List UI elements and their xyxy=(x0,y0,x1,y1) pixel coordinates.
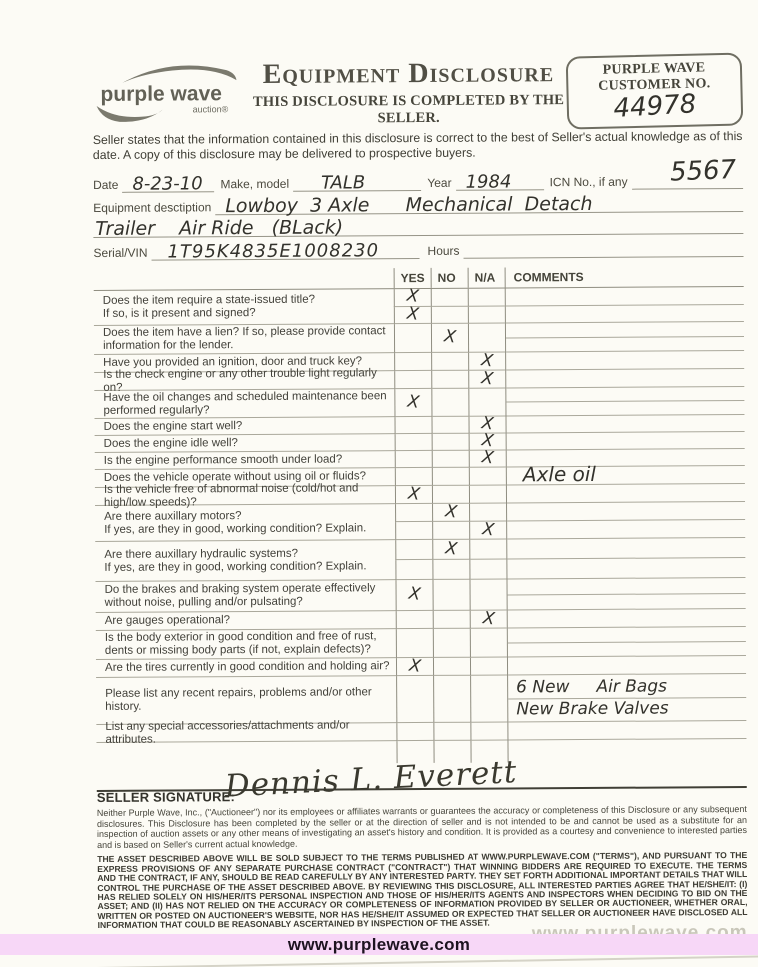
customer-number-box: PURPLE WAVE CUSTOMER NO. 44978 xyxy=(566,52,744,129)
check-columns: X xyxy=(394,370,505,389)
col-header-no: NO xyxy=(431,268,468,288)
date-label: Date xyxy=(93,178,122,193)
question-cell: Have the oil changes and scheduled maint… xyxy=(94,389,394,419)
checkbox-cell-na xyxy=(468,306,505,324)
check-mark: X xyxy=(408,655,422,676)
checkbox-cell-na: X xyxy=(468,370,505,388)
checkbox-cell-no xyxy=(432,451,469,468)
checkbox-cell-yes xyxy=(395,540,432,560)
comment-rule-line xyxy=(507,432,745,450)
checkbox-cell-no xyxy=(433,658,470,676)
question-text: If so, is it present and signed? xyxy=(103,306,388,321)
question-text: dents or missing body parts (if not, exp… xyxy=(105,643,390,658)
check-columns: XX xyxy=(395,503,506,540)
question-cell: Are gauges operational? xyxy=(96,611,396,631)
check-columns: X xyxy=(395,539,506,580)
check-mark: X xyxy=(480,368,494,389)
scanned-document: purple wave auction® Equipment Disclosur… xyxy=(0,0,758,967)
seller-statement: Seller states that the information conta… xyxy=(93,129,743,162)
question-text: Does the engine idle well? xyxy=(104,436,389,451)
checkbox-cell-no xyxy=(432,560,469,580)
checkbox-cell-no: X xyxy=(431,324,468,353)
question-cell: Are the tires currently in good conditio… xyxy=(96,658,396,678)
checkbox-cell-yes xyxy=(396,723,433,741)
footer-url-band: www.purplewave.com xyxy=(0,934,758,955)
comments-cell xyxy=(505,351,744,370)
checkbox-cell-yes xyxy=(395,434,432,451)
checkbox-cell-no xyxy=(432,580,469,611)
comments-cell xyxy=(506,484,745,503)
checkbox-cell-yes xyxy=(394,353,431,371)
serial-label: Serial/VIN xyxy=(93,246,151,261)
checkbox-cell-yes: X xyxy=(395,580,432,611)
check-subrow xyxy=(396,628,507,658)
checkbox-cell-no xyxy=(433,676,470,723)
question-cell: Do the brakes and braking system operate… xyxy=(95,580,395,613)
question-cell: Is the body exterior in good condition a… xyxy=(96,629,396,660)
logo-tagline: auction® xyxy=(193,104,229,114)
year-field: 1984 xyxy=(455,166,543,191)
comment-rule-line xyxy=(508,656,746,675)
footer-url-text: www.purplewave.com xyxy=(288,935,470,955)
check-columns: XX xyxy=(394,288,505,324)
question-text: history. xyxy=(105,699,390,714)
comment-rule-line xyxy=(507,502,745,521)
check-mark: X xyxy=(406,303,420,324)
checkbox-cell-no xyxy=(431,353,468,371)
comments-cell xyxy=(506,432,745,450)
comments-cell xyxy=(505,387,744,416)
question-cell: Does the engine idle well? xyxy=(95,434,395,453)
table-row: Are there auxillary hydraulic systems?If… xyxy=(95,538,745,582)
disclosure-table-body: Does the item require a state-issued tit… xyxy=(94,287,747,765)
checkbox-cell-no xyxy=(431,417,468,434)
checkbox-cell-yes xyxy=(396,676,433,723)
checkbox-cell-no: X xyxy=(432,504,469,522)
check-subrow: X xyxy=(394,388,505,417)
check-subrow: X xyxy=(394,370,505,389)
question-text: information for the lender. xyxy=(103,338,388,353)
question-cell: Please list any recent repairs, problems… xyxy=(96,676,396,725)
comments-cell xyxy=(507,739,746,762)
checkbox-cell-yes xyxy=(395,504,432,522)
col-header-na: N/A xyxy=(468,267,505,287)
check-subrow: X xyxy=(395,450,506,468)
check-mark: X xyxy=(443,326,457,347)
comment-rule-line xyxy=(506,305,744,324)
hours-field xyxy=(463,233,743,259)
comments-cell xyxy=(505,287,744,323)
comment-rule-line xyxy=(508,627,746,643)
question-cell: Is the engine performance smooth under l… xyxy=(95,451,395,470)
date-value: 8-23-10 xyxy=(132,173,202,194)
logo-wordmark: purple wave xyxy=(100,82,222,106)
question-text: Are the tires currently in good conditio… xyxy=(105,660,390,675)
check-subrow xyxy=(396,722,507,741)
checkbox-cell-yes xyxy=(394,324,431,353)
date-field: 8-23-10 xyxy=(122,168,214,193)
checkbox-cell-no xyxy=(433,723,470,741)
table-row: Please list any recent repairs, problems… xyxy=(96,674,746,725)
comments-cell xyxy=(507,609,746,628)
checkbox-cell-na xyxy=(469,559,506,579)
checkbox-cell-na: X xyxy=(469,450,506,467)
checkbox-cell-yes xyxy=(395,560,432,580)
check-columns: X xyxy=(396,657,507,676)
checkbox-cell-na xyxy=(470,675,507,722)
question-text: Are gauges operational? xyxy=(105,613,390,628)
seller-signature-label: SELLER SIGNATURE: xyxy=(97,789,235,805)
comment-handwriting: Axle oil xyxy=(523,462,596,486)
terms-paragraph: THE ASSET DESCRIBED ABOVE WILL BE SOLD S… xyxy=(97,851,747,930)
icn-value: 5567 xyxy=(669,155,736,188)
table-row: Have the oil changes and scheduled maint… xyxy=(94,387,744,419)
comments-cell xyxy=(505,369,744,388)
checkbox-cell-no xyxy=(431,371,468,389)
field-row-4: Serial/VIN 1T95K4835E1008230 Hours xyxy=(93,234,743,261)
comment-rule-line xyxy=(507,484,745,503)
comments-cell xyxy=(506,578,745,610)
check-subrow: X xyxy=(394,323,505,353)
checkbox-cell-na xyxy=(468,288,505,306)
logo-swoosh-icon: purple wave auction® xyxy=(92,59,250,124)
comment-rule-line xyxy=(506,387,744,402)
checkbox-cell-na xyxy=(470,657,507,675)
question-text: performed regularly? xyxy=(103,403,388,418)
checkbox-cell-na xyxy=(470,722,507,740)
question-text: without noise, pulling and/or pulsating? xyxy=(105,595,390,610)
comments-cell: 6 New Air BagsNew Brake Valves xyxy=(507,674,746,722)
purple-wave-logo: purple wave auction® xyxy=(92,59,250,129)
checkbox-cell-yes xyxy=(395,522,432,540)
question-text: If yes, are they in good, working condit… xyxy=(104,560,389,575)
question-column-spacer xyxy=(94,268,394,290)
check-columns xyxy=(396,628,507,658)
page-subtitle: THIS DISCLOSURE IS COMPLETED BY THE SELL… xyxy=(251,92,567,128)
checkbox-cell-na xyxy=(469,467,506,485)
comments-cell xyxy=(505,322,744,352)
comment-rule-line xyxy=(508,642,746,658)
header-titles: Equipment Disclosure THIS DISCLOSURE IS … xyxy=(250,53,566,128)
check-subrow: X xyxy=(395,521,506,540)
equipment-fields: Date 8-23-10 Make, model TALB Year 1984 … xyxy=(93,166,744,261)
checkbox-cell-yes: X xyxy=(396,658,433,676)
form-header: purple wave auction® Equipment Disclosur… xyxy=(92,52,742,126)
comments-cell xyxy=(506,538,745,579)
checkbox-cell-yes xyxy=(394,371,431,389)
comment-rule-line xyxy=(507,520,745,539)
comments-cell xyxy=(507,627,746,657)
question-cell: Does the engine start well? xyxy=(95,417,395,436)
checkbox-cell-na: X xyxy=(470,610,507,628)
comments-cell xyxy=(506,502,745,539)
question-text: Does the engine start well? xyxy=(104,419,389,434)
check-columns: X xyxy=(394,323,505,353)
check-mark: X xyxy=(408,584,422,605)
check-subrow: X xyxy=(395,539,506,560)
check-mark: X xyxy=(406,391,420,412)
check-columns: X xyxy=(395,450,506,468)
check-mark: X xyxy=(444,501,458,522)
comments-cell xyxy=(505,415,744,433)
checkbox-cell-na xyxy=(468,388,505,416)
check-mark: X xyxy=(482,608,496,629)
signature-section: SELLER SIGNATURE: Dennis L. Everett xyxy=(97,765,747,805)
checkbox-cell-na: X xyxy=(469,521,506,539)
check-mark: X xyxy=(407,483,421,504)
comment-rule-line xyxy=(506,337,744,353)
question-text: If yes, are they in good, working condit… xyxy=(104,522,389,537)
page-title: Equipment Disclosure xyxy=(250,59,566,89)
paper-edge-line xyxy=(0,955,758,967)
comment-rule-line xyxy=(506,401,744,416)
check-columns: X xyxy=(394,388,505,417)
comments-cell xyxy=(507,656,746,675)
check-columns xyxy=(396,675,507,723)
checkbox-cell-yes: X xyxy=(394,389,431,417)
checkbox-cell-no xyxy=(431,306,468,324)
check-columns: X xyxy=(395,579,506,611)
check-mark: X xyxy=(444,538,458,559)
comment-rule-line xyxy=(506,369,744,388)
checkbox-cell-na xyxy=(468,323,505,352)
make-field: TALB xyxy=(293,167,421,192)
checkbox-cell-no xyxy=(433,629,470,658)
comment-handwriting: 6 New Air BagsNew Brake Valves xyxy=(516,675,669,720)
table-row: Does the item have a lien? If so, please… xyxy=(94,322,744,355)
comment-rule-line xyxy=(507,558,745,579)
disclosure-table: YES NO N/A COMMENTS Does the item requir… xyxy=(94,266,747,765)
check-subrow xyxy=(396,675,507,723)
question-cell: Are there auxillary motors?If yes, are t… xyxy=(95,504,395,542)
checkbox-cell-yes: X xyxy=(395,486,432,504)
comment-rule-line xyxy=(508,594,746,611)
question-cell: Is the check engine or any other trouble… xyxy=(94,371,394,391)
check-subrow: X xyxy=(396,610,507,629)
checkbox-cell-no: X xyxy=(432,540,469,560)
question-cell: List any special accessories/attachments… xyxy=(96,723,396,743)
table-row: Are there auxillary motors?If yes, are t… xyxy=(95,502,745,542)
serial-value: 1T95K4835E1008230 xyxy=(167,240,379,262)
comment-rule-line xyxy=(508,721,746,740)
checkbox-cell-no xyxy=(433,611,470,629)
checkbox-cell-yes xyxy=(396,611,433,629)
question-text: Is the engine performance smooth under l… xyxy=(104,453,389,468)
comments-cell: Axle oil xyxy=(506,466,745,485)
question-cell: Does the item require a state-issued tit… xyxy=(94,289,394,326)
checkbox-cell-no xyxy=(432,468,469,486)
checkbox-cell-no xyxy=(431,389,468,417)
checkbox-cell-yes xyxy=(396,629,433,658)
comment-rule-line xyxy=(506,415,744,433)
comment-rule-line xyxy=(506,351,744,370)
year-label: Year xyxy=(421,176,455,191)
hours-label: Hours xyxy=(419,244,463,259)
checkbox-cell-yes xyxy=(395,451,432,468)
checkbox-cell-na xyxy=(469,485,506,503)
check-subrow: X xyxy=(394,306,505,324)
table-row: Do the brakes and braking system operate… xyxy=(95,578,745,613)
question-cell: Does the item have a lien? If so, please… xyxy=(94,324,394,355)
check-mark: X xyxy=(481,519,495,540)
comment-rule-line xyxy=(506,287,744,306)
question-cell: Is the vehicle free of abnormal noise (c… xyxy=(95,486,395,506)
table-row: Does the item require a state-issued tit… xyxy=(94,287,744,326)
table-row: Is the body exterior in good condition a… xyxy=(96,627,746,660)
check-subrow: X xyxy=(396,657,507,676)
check-subrow: X xyxy=(395,579,506,611)
icn-field: 5567 xyxy=(631,165,743,190)
checkbox-cell-na xyxy=(470,628,507,657)
checkbox-cell-no xyxy=(431,289,468,307)
col-header-comments: COMMENTS xyxy=(505,266,744,287)
checkbox-cell-na xyxy=(469,539,506,559)
checkbox-cell-no xyxy=(432,434,469,451)
check-columns: X xyxy=(396,610,507,629)
comments-cell xyxy=(507,721,746,740)
checkbox-cell-yes xyxy=(394,417,431,434)
check-columns xyxy=(396,722,507,741)
check-subrow xyxy=(395,559,506,580)
disclaimer-paragraph: Neither Purple Wave, Inc., ("Auctioneer"… xyxy=(97,804,747,850)
comment-rule-line xyxy=(508,609,746,628)
check-mark: X xyxy=(481,447,495,468)
checkbox-cell-no xyxy=(432,522,469,540)
comment-rule-line xyxy=(507,578,745,595)
comment-rule-line xyxy=(507,538,745,559)
comment-rule-line xyxy=(506,322,744,338)
form-page: purple wave auction® Equipment Disclosur… xyxy=(92,52,747,948)
checkbox-cell-na xyxy=(469,579,506,610)
question-cell: Are there auxillary hydraulic systems?If… xyxy=(95,540,395,582)
checkbox-cell-yes: X xyxy=(394,306,431,324)
serial-field: 1T95K4835E1008230 xyxy=(151,235,419,261)
